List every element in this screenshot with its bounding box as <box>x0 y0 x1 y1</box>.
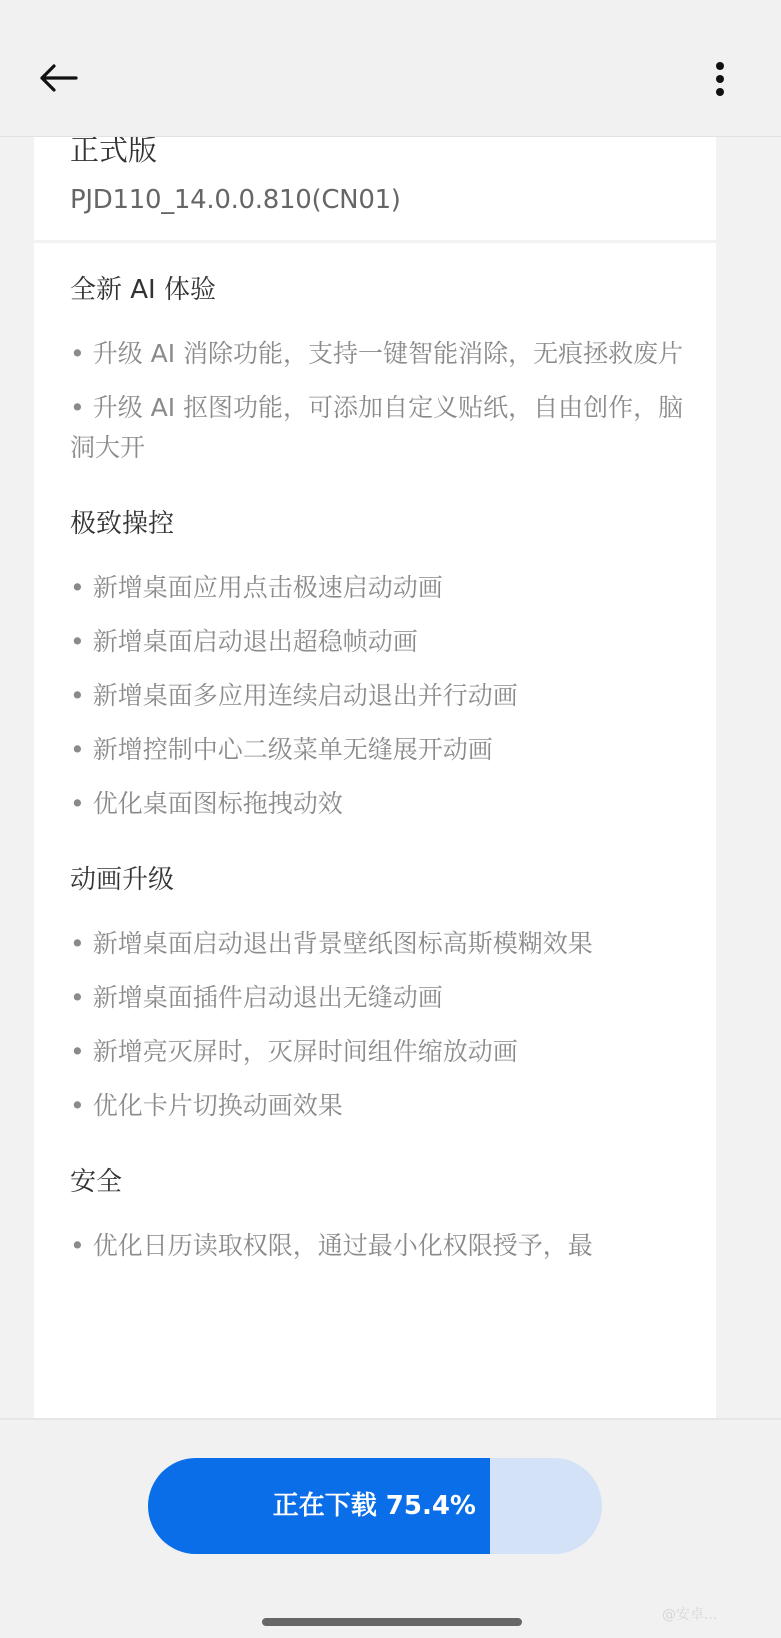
watermark: @安卓... <box>662 1604 717 1624</box>
home-indicator[interactable] <box>262 1618 522 1626</box>
section-ultimate-control: 极致操控 • 新增桌面应用点击极速启动动画 • 新增桌面启动退出超稳帧动画 • … <box>70 506 690 824</box>
list-item: • 优化桌面图标拖拽动效 <box>70 784 690 824</box>
list-item: • 优化日历读取权限，通过最小化权限授予，最 <box>70 1226 690 1266</box>
section-animation-upgrade: 动画升级 • 新增桌面启动退出背景壁纸图标高斯模糊效果 • 新增桌面插件启动退出… <box>70 862 690 1126</box>
section-security: 安全 • 优化日历读取权限，通过最小化权限授予，最 <box>70 1164 690 1266</box>
list-item: • 升级 AI 抠图功能，可添加自定义贴纸，自由创作，脑洞大开 <box>70 388 690 468</box>
section-title: 动画升级 <box>70 862 690 898</box>
app-header <box>0 0 781 137</box>
section-ai-experience: 全新 AI 体验 • 升级 AI 消除功能，支持一键智能消除，无痕拯救废片 • … <box>70 272 690 468</box>
list-item: • 新增桌面多应用连续启动退出并行动画 <box>70 676 690 716</box>
release-notes: 全新 AI 体验 • 升级 AI 消除功能，支持一键智能消除，无痕拯救废片 • … <box>70 272 690 1304</box>
bottom-action-bar: 正在下载 75.4% @安卓... <box>0 1418 781 1638</box>
list-item: • 优化卡片切换动画效果 <box>70 1086 690 1126</box>
list-item: • 新增桌面启动退出超稳帧动画 <box>70 622 690 662</box>
section-title: 全新 AI 体验 <box>70 272 690 308</box>
list-item: • 新增控制中心二级菜单无缝展开动画 <box>70 730 690 770</box>
section-title: 极致操控 <box>70 506 690 542</box>
list-item: • 新增桌面启动退出背景壁纸图标高斯模糊效果 <box>70 924 690 964</box>
download-progress-button[interactable]: 正在下载 75.4% <box>148 1458 602 1554</box>
back-button[interactable] <box>30 56 86 100</box>
download-status-label: 正在下载 75.4% <box>273 1458 476 1554</box>
list-item: • 新增桌面插件启动退出无缝动画 <box>70 978 690 1018</box>
list-item: • 新增亮灭屏时，灭屏时间组件缩放动画 <box>70 1032 690 1072</box>
release-notes-card: 正式版 PJD110_14.0.0.810(CN01) 全新 AI 体验 • 升… <box>34 136 716 1426</box>
version-number: PJD110_14.0.0.810(CN01) <box>70 182 401 218</box>
more-options-button[interactable] <box>696 52 744 108</box>
version-info: 正式版 PJD110_14.0.0.810(CN01) <box>34 136 716 240</box>
arrow-left-icon <box>38 63 78 93</box>
list-item: • 新增桌面应用点击极速启动动画 <box>70 568 690 608</box>
divider <box>34 240 716 243</box>
section-title: 安全 <box>70 1164 690 1200</box>
list-item: • 升级 AI 消除功能，支持一键智能消除，无痕拯救废片 <box>70 334 690 374</box>
more-vertical-icon <box>714 60 726 100</box>
